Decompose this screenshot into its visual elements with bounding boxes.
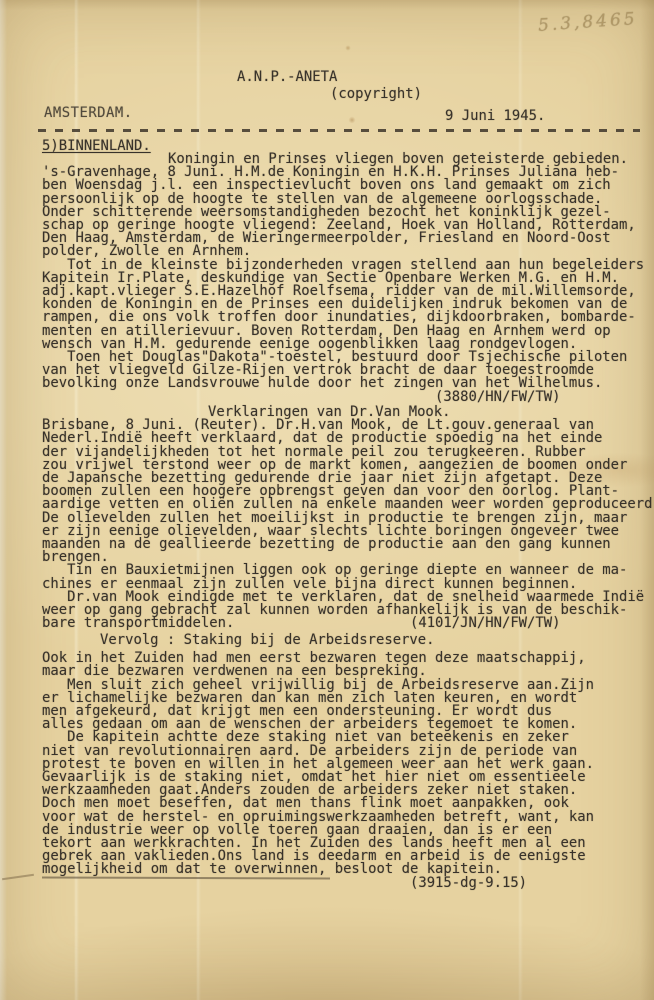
- article-body: 's-Gravenhage, 8 Juni. H.M.de Koningin e…: [42, 166, 644, 404]
- article-labour-reserve-strike: Vervolg : Staking bij de Arbeidsreserve.…: [42, 634, 594, 890]
- dashed-divider: [38, 129, 640, 132]
- article-title: Vervolg : Staking bij de Arbeidsreserve.: [42, 634, 594, 647]
- article-van-mook-statement: Verklaringen van Dr.Van Mook. Brisbane, …: [42, 406, 654, 630]
- document-page: 5.3,8465 A.N.P.-ANETA (copyright) AMSTER…: [0, 0, 654, 1000]
- agency-title: A.N.P.-ANETA: [237, 71, 337, 84]
- article-royal-inspection-flight: Koningin en Prinses vliegen boven geteis…: [42, 153, 644, 404]
- pencil-dash-mark: [2, 874, 34, 880]
- handwritten-archive-number: 5.3,8465: [538, 12, 649, 33]
- article-body: Ook in het Zuiden had men eerst bezwaren…: [42, 652, 594, 890]
- section-label: 5)BINNENLAND.: [42, 140, 151, 153]
- dateline-city: AMSTERDAM.: [44, 107, 133, 120]
- dateline-date: 9 Juni 1945.: [445, 110, 545, 123]
- copyright-line: (copyright): [330, 88, 422, 101]
- article-body: Brisbane, 8 Juni. (Reuter). Dr.H.van Moo…: [42, 419, 654, 630]
